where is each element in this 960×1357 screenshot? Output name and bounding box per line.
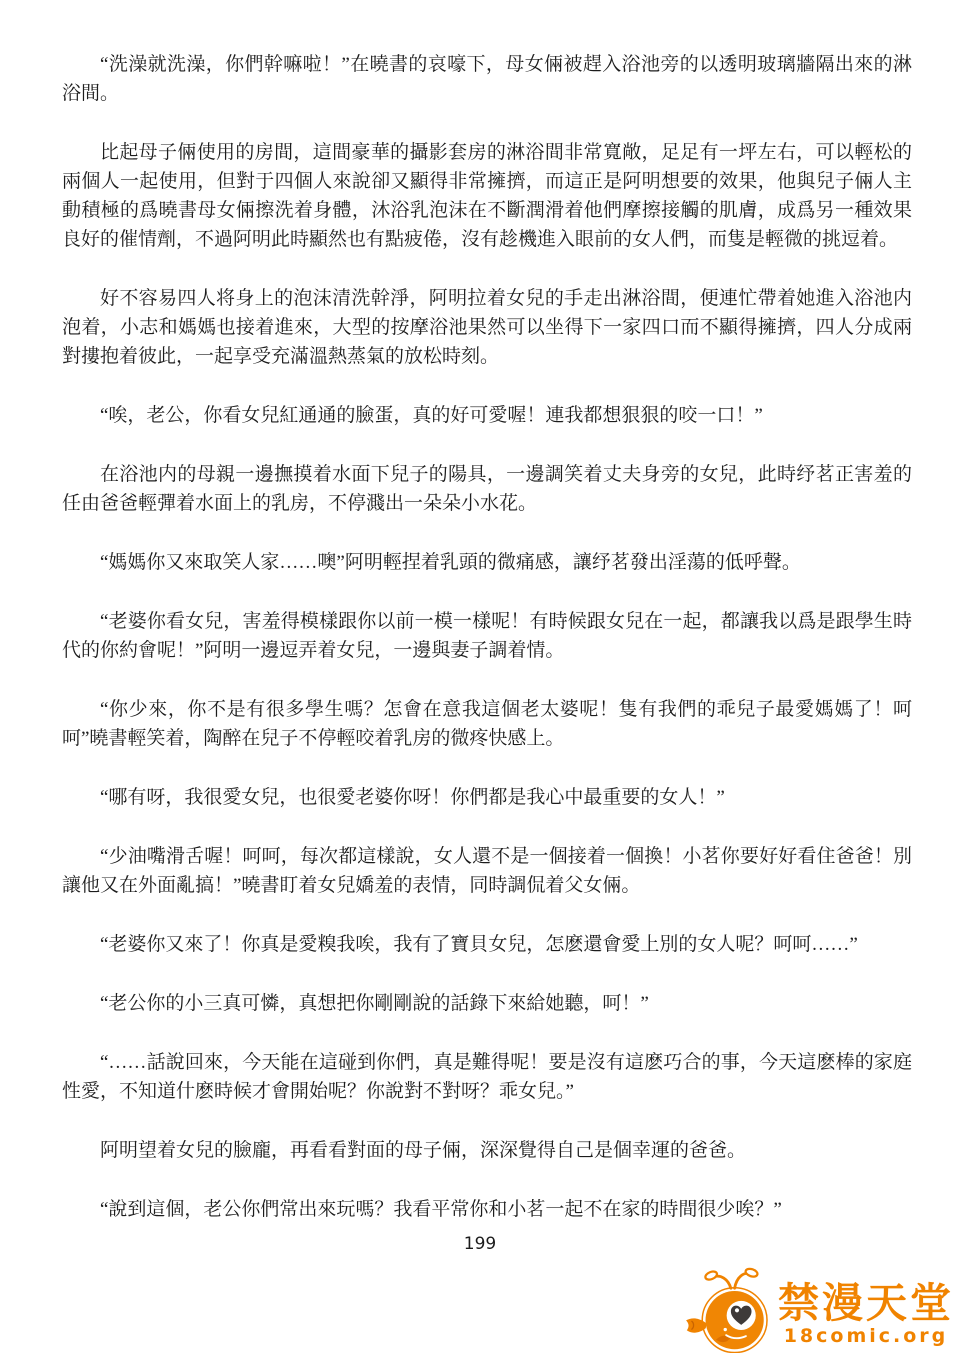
paragraph: “你少來，你不是有很多學生嗎？怎會在意我這個老太婆呢！隻有我們的乖兒子最愛媽媽了… <box>62 695 912 753</box>
brand-site-url: 18comic.org <box>784 1325 949 1347</box>
paragraph: “說到這個，老公你們常出來玩嗎？我看平常你和小茗一起不在家的時間很少唉？” <box>62 1195 912 1224</box>
paragraph: “少油嘴滑舌喔！呵呵，每次都這樣說，女人還不是一個接着一個換！小茗你要好好看住爸… <box>62 842 912 900</box>
paragraph: “唉，老公，你看女兒紅通通的臉蛋，真的好可愛喔！連我都想狠狠的咬一口！” <box>62 401 912 430</box>
page-number: 199 <box>0 1234 960 1254</box>
paragraph: “……話說回來，今天能在這碰到你們，真是難得呢！要是沒有這麽巧合的事，今天這麽棒… <box>62 1048 912 1106</box>
brand-name: 禁漫天堂 <box>778 1281 954 1325</box>
document-page: “洗澡就洗澡，你們幹嘛啦！”在曉書的哀嚎下，母女倆被趕入浴池旁的以透明玻璃牆隔出… <box>0 0 960 1357</box>
paragraph: “老婆你看女兒，害羞得模樣跟你以前一模一樣呢！有時候跟女兒在一起，都讓我以爲是跟… <box>62 607 912 665</box>
watermark-logo: 禁漫天堂 18comic.org <box>682 1261 954 1353</box>
paragraph: 在浴池内的母親一邊撫摸着水面下兒子的陽具，一邊調笑着丈夫身旁的女兒，此時纾茗正害… <box>62 460 912 518</box>
paragraph: 阿明望着女兒的臉龐，再看看對面的母子倆，深深覺得自己是個幸運的爸爸。 <box>62 1136 912 1165</box>
paragraph: 好不容易四人将身上的泡沫清洗幹淨，阿明拉着女兒的手走出淋浴間，便連忙帶着她進入浴… <box>62 284 912 371</box>
brand-text-block: 禁漫天堂 18comic.org <box>778 1267 954 1347</box>
paragraph: 比起母子倆使用的房間，這間豪華的攝影套房的淋浴間非常寬敞，足足有一坪左右，可以輕… <box>62 138 912 254</box>
mascot-fish-icon <box>682 1261 776 1353</box>
text-content: “洗澡就洗澡，你們幹嘛啦！”在曉書的哀嚎下，母女倆被趕入浴池旁的以透明玻璃牆隔出… <box>62 50 912 1254</box>
paragraph: “洗澡就洗澡，你們幹嘛啦！”在曉書的哀嚎下，母女倆被趕入浴池旁的以透明玻璃牆隔出… <box>62 50 912 108</box>
paragraph: “老公你的小三真可憐，真想把你剛剛說的話錄下來給她聽，呵！” <box>62 989 912 1018</box>
sprout-leaves-icon <box>704 1267 758 1288</box>
paragraph: “老婆你又來了！你真是愛糗我唉，我有了寶貝女兒，怎麽還會愛上別的女人呢？呵呵……… <box>62 930 912 959</box>
paragraph: “媽媽你又來取笑人家……噢”阿明輕捏着乳頭的微痛感，讓纾茗發出淫蕩的低呼聲。 <box>62 548 912 577</box>
paragraph: “哪有呀，我很愛女兒，也很愛老婆你呀！你們都是我心中最重要的女人！” <box>62 783 912 812</box>
